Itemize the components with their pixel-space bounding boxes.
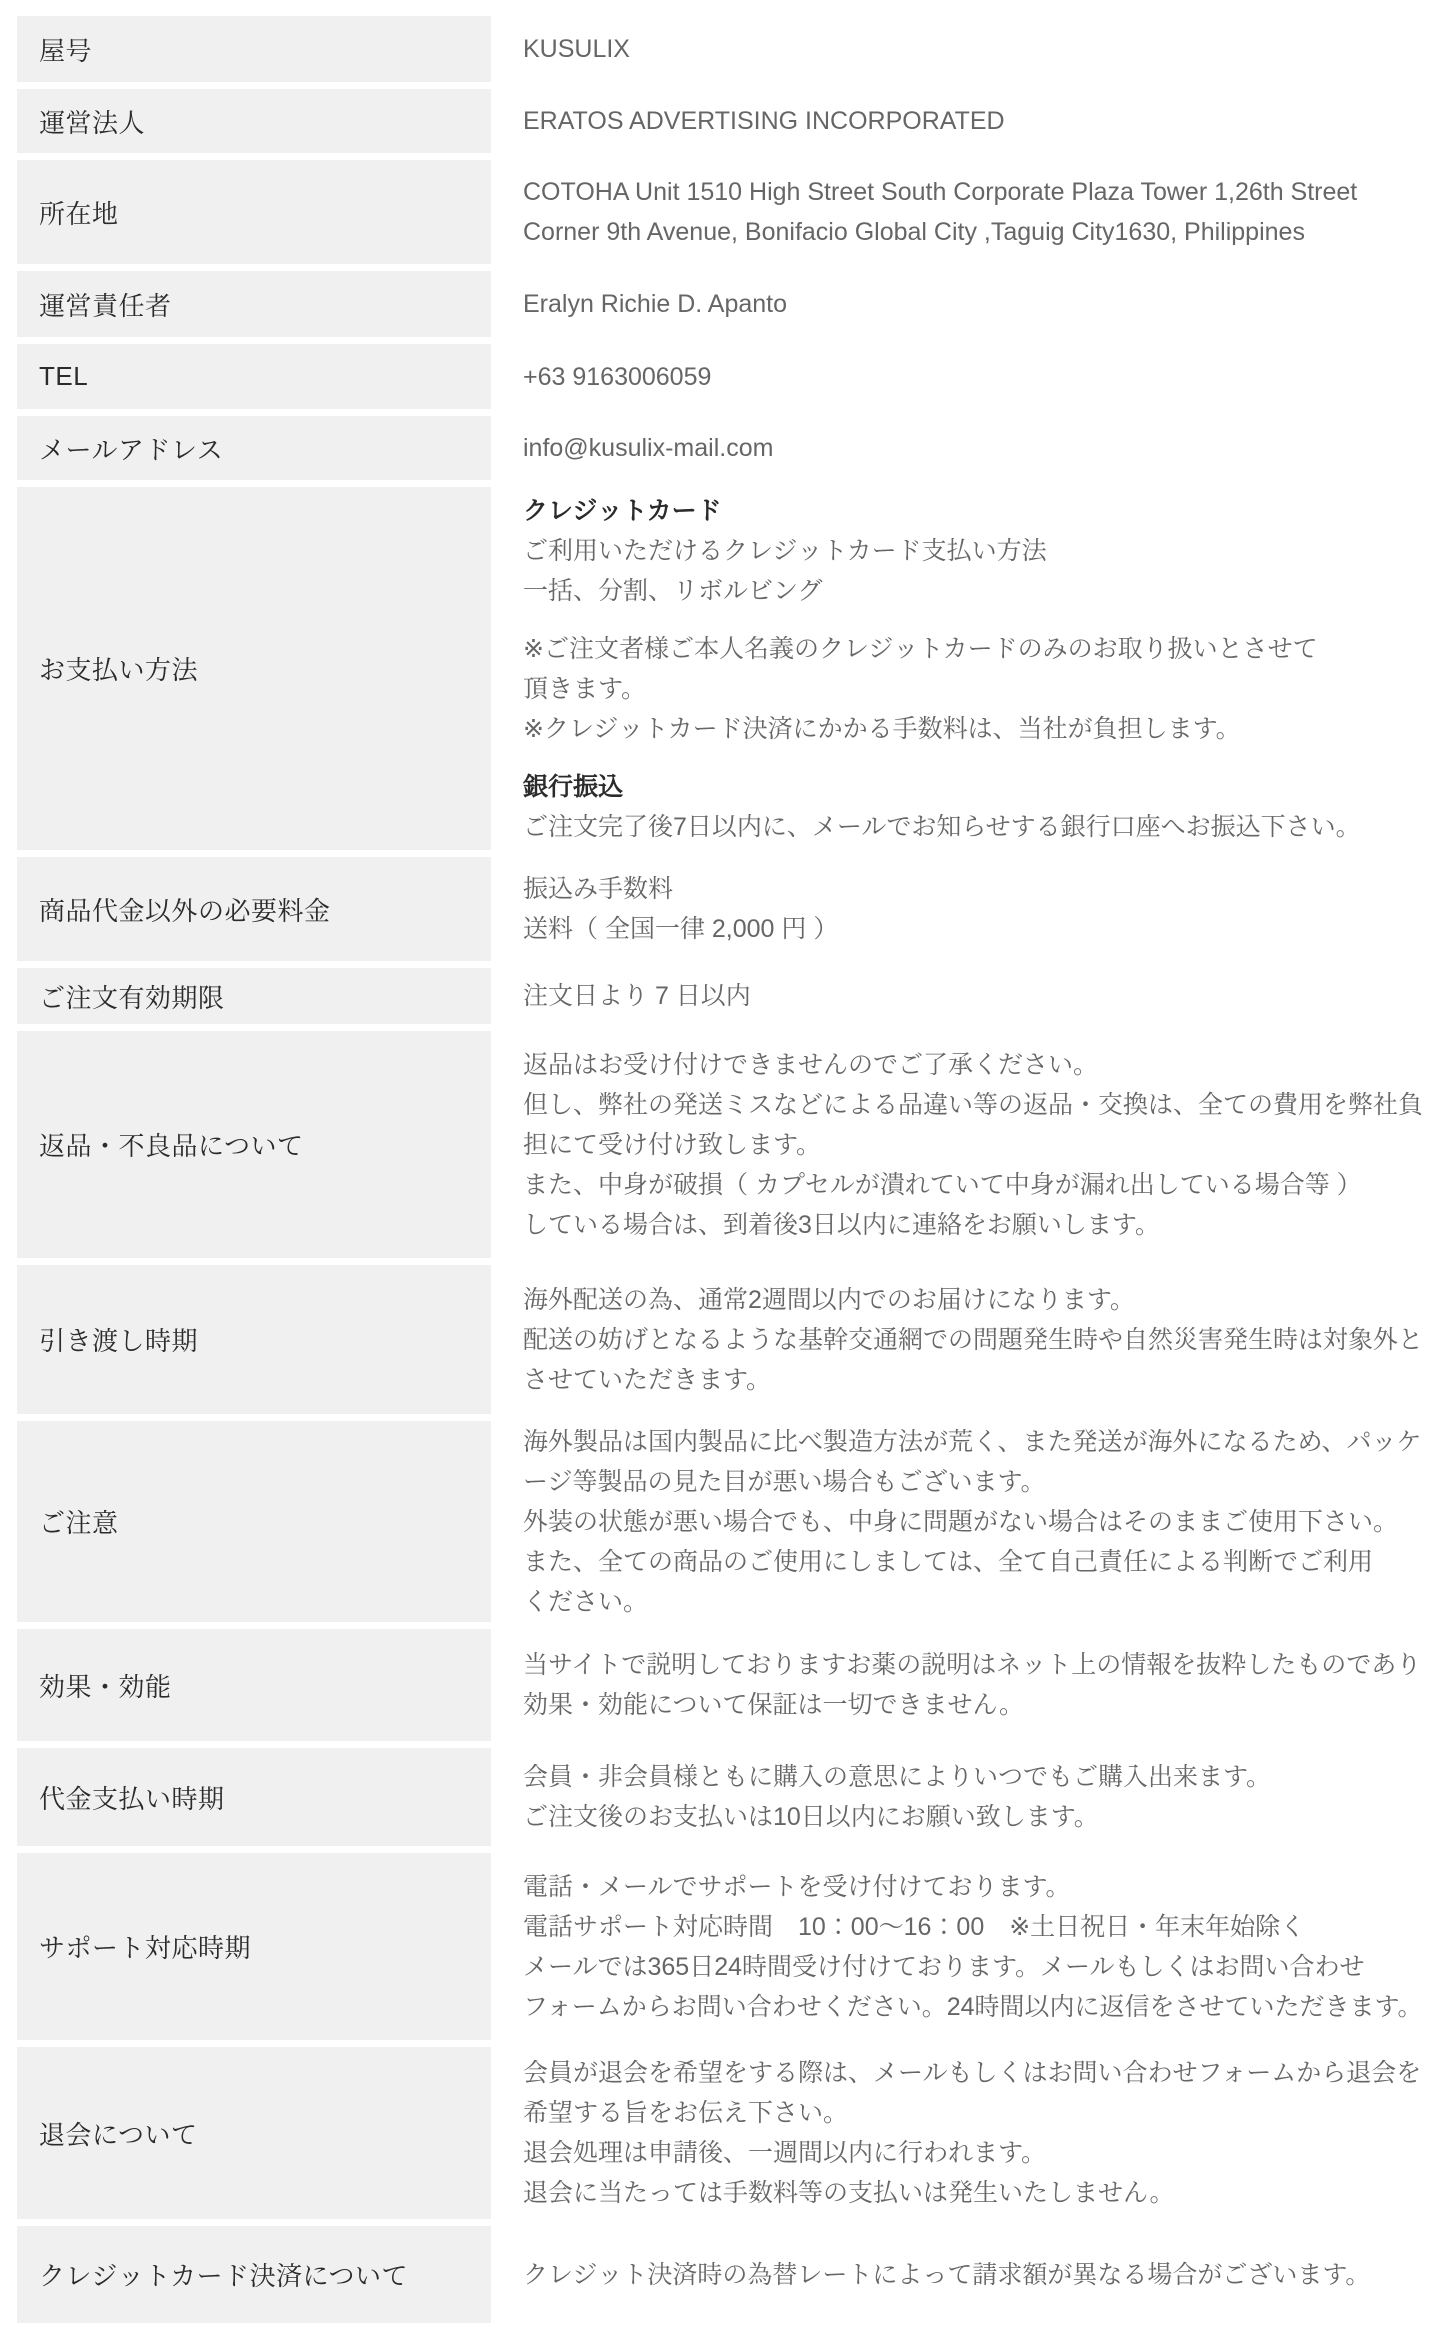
value-line: 効果・効能について保証は一切できません。 bbox=[523, 1685, 1442, 1725]
row-value: クレジットカードご利用いただけるクレジットカード支払い方法一括、分割、リボルビン… bbox=[491, 487, 1450, 850]
row-value: ERATOS ADVERTISING INCORPORATED bbox=[491, 89, 1450, 153]
value-line: 返品はお受け付けできませんのでご了承ください。 bbox=[523, 1045, 1442, 1085]
value-line: 会員が退会を希望をする際は、メールもしくはお問い合わせフォームから退会を bbox=[523, 2053, 1442, 2093]
value-line: 当サイトで説明しておりますお薬の説明はネット上の情報を抜粋したものであり bbox=[523, 1645, 1442, 1685]
value-line: 電話・メールでサポートを受け付けております。 bbox=[523, 1867, 1442, 1907]
table-row: 代金支払い時期会員・非会員様ともに購入の意思によりいつでもご購入出来ます。ご注文… bbox=[17, 1748, 1450, 1846]
table-row: TEL+63 9163006059 bbox=[17, 344, 1450, 409]
value-line: ください。 bbox=[523, 1582, 1442, 1622]
table-row: 商品代金以外の必要料金振込み手数料送料（ 全国一律 2,000 円 ） bbox=[17, 857, 1450, 961]
value-line: info@kusulix-mail.com bbox=[523, 428, 1442, 468]
value-line: ERATOS ADVERTISING INCORPORATED bbox=[523, 101, 1442, 141]
value-line: している場合は、到着後3日以内に連絡をお願いします。 bbox=[523, 1205, 1442, 1245]
value-line: クレジットカード bbox=[523, 491, 1442, 531]
row-value: info@kusulix-mail.com bbox=[491, 416, 1450, 480]
table-row: ご注意海外製品は国内製品に比べ製造方法が荒く、また発送が海外になるため、パッケー… bbox=[17, 1421, 1450, 1622]
value-line: 希望する旨をお伝え下さい。 bbox=[523, 2093, 1442, 2133]
row-label: 運営責任者 bbox=[17, 271, 491, 337]
row-value: 海外配送の為、通常2週間以内でのお届けになります。配送の妨げとなるような基幹交通… bbox=[491, 1265, 1450, 1414]
value-line: また、中身が破損（ カプセルが潰れていて中身が漏れ出している場合等 ） bbox=[523, 1165, 1442, 1205]
row-label: 返品・不良品について bbox=[17, 1031, 491, 1258]
table-row: 屋号KUSULIX bbox=[17, 16, 1450, 82]
value-line: ※ご注文者様ご本人名義のクレジットカードのみのお取り扱いとさせて bbox=[523, 629, 1442, 669]
value-line: 退会処理は申請後、一週間以内に行われます。 bbox=[523, 2133, 1442, 2173]
row-label: TEL bbox=[17, 344, 491, 409]
table-row: 運営責任者Eralyn Richie D. Apanto bbox=[17, 271, 1450, 337]
row-value: 電話・メールでサポートを受け付けております。電話サポート対応時間 10：00～1… bbox=[491, 1853, 1450, 2040]
row-label: 代金支払い時期 bbox=[17, 1748, 491, 1846]
row-value: 振込み手数料送料（ 全国一律 2,000 円 ） bbox=[491, 857, 1450, 961]
value-line: 一括、分割、リボルビング bbox=[523, 571, 1442, 611]
table-row: 運営法人ERATOS ADVERTISING INCORPORATED bbox=[17, 89, 1450, 153]
value-line: フォームからお問い合わせください。24時間以内に返信をさせていただきます。 bbox=[523, 1987, 1442, 2027]
row-value: 注文日より 7 日以内 bbox=[491, 968, 1450, 1024]
value-line: 担にて受け付け致します。 bbox=[523, 1125, 1442, 1165]
row-value: KUSULIX bbox=[491, 16, 1450, 82]
table-row: ご注文有効期限注文日より 7 日以内 bbox=[17, 968, 1450, 1024]
commerce-disclosure-table: 屋号KUSULIX運営法人ERATOS ADVERTISING INCORPOR… bbox=[0, 0, 1450, 2323]
row-label: お支払い方法 bbox=[17, 487, 491, 850]
value-line: 電話サポート対応時間 10：00～16：00 ※土日祝日・年末年始除く bbox=[523, 1907, 1442, 1947]
table-row: 退会について会員が退会を希望をする際は、メールもしくはお問い合わせフォームから退… bbox=[17, 2047, 1450, 2219]
table-row: お支払い方法クレジットカードご利用いただけるクレジットカード支払い方法一括、分割… bbox=[17, 487, 1450, 850]
table-row: 返品・不良品について返品はお受け付けできませんのでご了承ください。但し、弊社の発… bbox=[17, 1031, 1450, 1258]
table-row: 所在地COTOHA Unit 1510 High Street South Co… bbox=[17, 160, 1450, 264]
value-line: 注文日より 7 日以内 bbox=[523, 976, 1442, 1016]
row-label: サポート対応時期 bbox=[17, 1853, 491, 2040]
value-line: ージ等製品の見た目が悪い場合もございます。 bbox=[523, 1462, 1442, 1502]
row-label: 運営法人 bbox=[17, 89, 491, 153]
row-value: 返品はお受け付けできませんのでご了承ください。但し、弊社の発送ミスなどによる品違… bbox=[491, 1031, 1450, 1258]
row-label: ご注文有効期限 bbox=[17, 968, 491, 1024]
row-label: ご注意 bbox=[17, 1421, 491, 1622]
value-line: 配送の妨げとなるような基幹交通網での問題発生時や自然災害発生時は対象外と bbox=[523, 1320, 1442, 1360]
value-line: 海外製品は国内製品に比べ製造方法が荒く、また発送が海外になるため、パッケ bbox=[523, 1422, 1442, 1462]
row-label: 引き渡し時期 bbox=[17, 1265, 491, 1414]
value-line: Eralyn Richie D. Apanto bbox=[523, 284, 1442, 324]
value-line: メールでは365日24時間受け付けております。メールもしくはお問い合わせ bbox=[523, 1947, 1442, 1987]
value-line: COTOHA Unit 1510 High Street South Corpo… bbox=[523, 172, 1442, 212]
value-line: ご利用いただけるクレジットカード支払い方法 bbox=[523, 531, 1442, 571]
row-label: 効果・効能 bbox=[17, 1629, 491, 1741]
value-line: 外装の状態が悪い場合でも、中身に問題がない場合はそのままご使用下さい。 bbox=[523, 1502, 1442, 1542]
value-line: 銀行振込 bbox=[523, 767, 1442, 807]
value-line: 但し、弊社の発送ミスなどによる品違い等の返品・交換は、全ての費用を弊社負 bbox=[523, 1085, 1442, 1125]
table-row: 効果・効能当サイトで説明しておりますお薬の説明はネット上の情報を抜粋したものであ… bbox=[17, 1629, 1450, 1741]
value-line: ※クレジットカード決済にかかる手数料は、当社が負担します。 bbox=[523, 709, 1442, 749]
value-line: 振込み手数料 bbox=[523, 869, 1442, 909]
row-value: COTOHA Unit 1510 High Street South Corpo… bbox=[491, 160, 1450, 264]
row-value: クレジット決済時の為替レートによって請求額が異なる場合がございます。 bbox=[491, 2226, 1450, 2323]
row-label: メールアドレス bbox=[17, 416, 491, 480]
row-label: 退会について bbox=[17, 2047, 491, 2219]
value-line: させていただきます。 bbox=[523, 1360, 1442, 1400]
value-line: 会員・非会員様ともに購入の意思によりいつでもご購入出来ます。 bbox=[523, 1757, 1442, 1797]
value-line: +63 9163006059 bbox=[523, 357, 1442, 397]
row-value: 当サイトで説明しておりますお薬の説明はネット上の情報を抜粋したものであり効果・効… bbox=[491, 1629, 1450, 1741]
table-row: 引き渡し時期海外配送の為、通常2週間以内でのお届けになります。配送の妨げとなるよ… bbox=[17, 1265, 1450, 1414]
value-line: ご注文後のお支払いは10日以内にお願い致します。 bbox=[523, 1797, 1442, 1837]
value-line: Corner 9th Avenue, Bonifacio Global City… bbox=[523, 212, 1442, 252]
value-line: 頂きます。 bbox=[523, 669, 1442, 709]
value-line: 送料（ 全国一律 2,000 円 ） bbox=[523, 909, 1442, 949]
row-label: クレジットカード決済について bbox=[17, 2226, 491, 2323]
row-value: 会員が退会を希望をする際は、メールもしくはお問い合わせフォームから退会を希望する… bbox=[491, 2047, 1450, 2219]
row-value: Eralyn Richie D. Apanto bbox=[491, 271, 1450, 337]
value-line: また、全ての商品のご使用にしましては、全て自己責任による判断でご利用 bbox=[523, 1542, 1442, 1582]
value-line: クレジット決済時の為替レートによって請求額が異なる場合がございます。 bbox=[523, 2255, 1442, 2295]
value-line: ご注文完了後7日以内に、メールでお知らせする銀行口座へお振込下さい。 bbox=[523, 807, 1442, 847]
row-value: 会員・非会員様ともに購入の意思によりいつでもご購入出来ます。ご注文後のお支払いは… bbox=[491, 1748, 1450, 1846]
table-row: サポート対応時期電話・メールでサポートを受け付けております。電話サポート対応時間… bbox=[17, 1853, 1450, 2040]
row-label: 屋号 bbox=[17, 16, 491, 82]
value-line: KUSULIX bbox=[523, 29, 1442, 69]
row-label: 所在地 bbox=[17, 160, 491, 264]
row-value: +63 9163006059 bbox=[491, 344, 1450, 409]
value-line: 海外配送の為、通常2週間以内でのお届けになります。 bbox=[523, 1280, 1442, 1320]
table-row: クレジットカード決済についてクレジット決済時の為替レートによって請求額が異なる場… bbox=[17, 2226, 1450, 2323]
value-line: 退会に当たっては手数料等の支払いは発生いたしません。 bbox=[523, 2173, 1442, 2213]
row-value: 海外製品は国内製品に比べ製造方法が荒く、また発送が海外になるため、パッケージ等製… bbox=[491, 1421, 1450, 1622]
row-label: 商品代金以外の必要料金 bbox=[17, 857, 491, 961]
table-row: メールアドレスinfo@kusulix-mail.com bbox=[17, 416, 1450, 480]
